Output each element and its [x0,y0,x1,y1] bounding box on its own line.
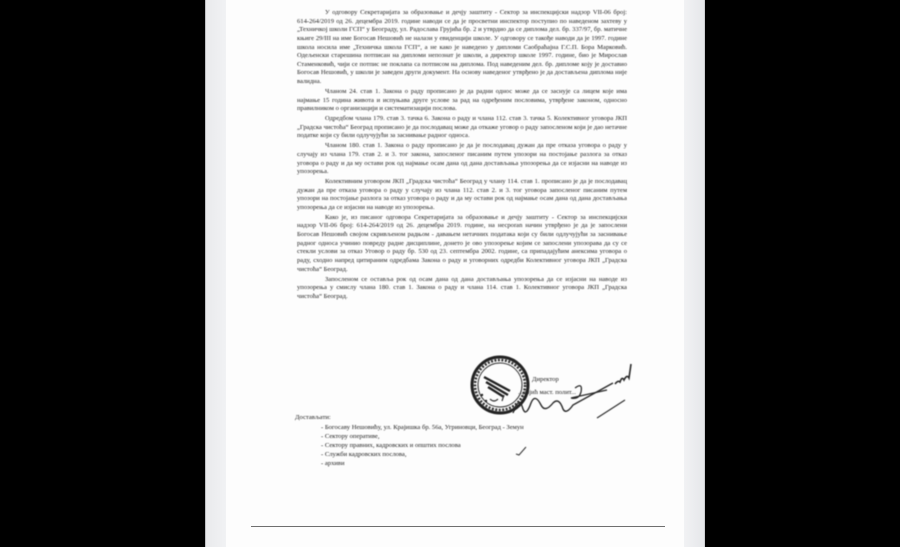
signatory-title: Директор [532,376,559,383]
footer-divider [251,526,665,527]
page-edge-left [205,0,226,547]
recipient-item: - Сектору оперативе, [321,433,524,442]
paragraph-article-24: Чланом 24. став 1. Закона о раду прописа… [297,88,627,114]
delivery-section: Достављати: - Богосаву Нешовићу, ул. Кра… [295,414,524,468]
paragraph-inspection-findings: У одговору Секретаријата за образовање и… [297,9,627,87]
checkmark-icon [515,446,527,456]
paragraph-deadline: Запосленом се оставља рок од осам дана о… [297,276,627,302]
official-stamp-icon [470,355,530,415]
recipient-item: - Сектору правних, кадровских и општих п… [321,442,524,451]
paragraph-collective-agreement: Колективним уговором ЈКП „Градска чистоћ… [297,178,627,213]
recipient-item: - архиви [321,460,524,469]
document-body: У одговору Секретаријата за образовање и… [297,9,627,301]
paragraph-article-179: Одредбом члана 179. став 3. тачка 6. Зак… [297,115,627,141]
handwritten-initials-icon [613,362,635,388]
paragraph-article-180: Чланом 180. став 1. Закона о раду пропис… [297,142,627,177]
recipient-item: - Служби кадровских послова, [321,451,524,460]
paragraph-conclusion: Како је, из писаног одговора Секретарија… [297,214,627,274]
delivery-recipients: - Богосаву Нешовићу, ул. Крајишка бр. 56… [321,424,524,469]
handwritten-signature-icon [505,378,635,423]
recipient-item: - Богосаву Нешовићу, ул. Крајишка бр. 56… [321,424,524,433]
page-edge-right [684,0,705,547]
signatory-name: ...дајић маст. полит... [518,389,576,396]
document-page: У одговору Секретаријата за образовање и… [205,0,705,547]
delivery-heading: Достављати: [295,414,524,423]
